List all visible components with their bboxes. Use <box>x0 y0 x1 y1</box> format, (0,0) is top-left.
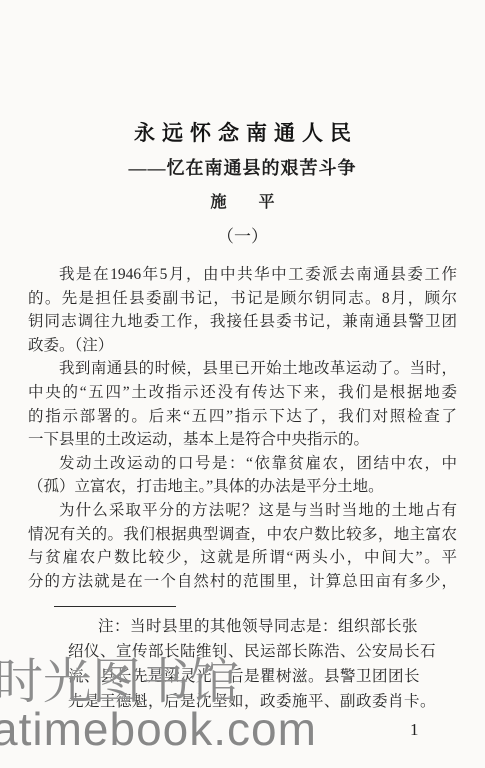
body-line: 政委。（注） <box>28 334 457 358</box>
watermark-latin: atimebook.com <box>0 706 317 752</box>
body-line: 一下县里的土改运动，基本上是符合中央指示的。 <box>28 428 457 452</box>
body-line: 情况有关的。我们根据典型调查，中农户数比较多，地主富农 <box>28 523 457 547</box>
footnote-separator <box>54 606 176 607</box>
footnote-line: 注：当时县里的其他领导同志是：组织部长张 <box>68 614 457 639</box>
body-line: 我到南通县的时候，县里已开始土地改革运动了。当时， <box>28 357 457 381</box>
body-line: （孤）立富农，打击地主。”具体的办法是平分土地。 <box>28 475 457 499</box>
body-line: 与贫雇农户数比较少，这就是所谓“两头小，中间大”。平 <box>28 546 457 570</box>
body-line: 为什么采取平分的方法呢？这是与当时当地的土地占有 <box>28 499 457 523</box>
paragraph: 发动土改运动的口号是：“依靠贫雇农，团结中农，中 （孤）立富农，打击地主。”具体… <box>28 452 457 499</box>
author-name: 施 平 <box>28 192 457 214</box>
page-number: 1 <box>410 720 419 740</box>
body-line: 的。先是担任县委副书记，书记是顾尔钥同志。8月，顾尔 <box>28 287 457 311</box>
body-line: 的指示部署的。后来“五四”指示下达了，我们对照检查了 <box>28 405 457 429</box>
body-line: 分的方法就是在一个自然村的范围里，计算总田亩有多少， <box>28 570 457 594</box>
body-line: 我是在1946年5月，由中共华中工委派去南通县委工作 <box>28 263 457 287</box>
body-line: 钥同志调往九地委工作，我接任县委书记，兼南通县警卫团 <box>28 310 457 334</box>
article-body: 我是在1946年5月，由中共华中工委派去南通县委工作 的。先是担任县委副书记，书… <box>28 263 457 593</box>
body-line: 中央的“五四”土改指示还没有传达下来，我们是根据地委 <box>28 381 457 405</box>
paragraph: 我到南通县的时候，县里已开始土地改革运动了。当时， 中央的“五四”土改指示还没有… <box>28 357 457 451</box>
paragraph: 我是在1946年5月，由中共华中工委派去南通县委工作 的。先是担任县委副书记，书… <box>28 263 457 357</box>
article-title: 永远怀念南通人民 <box>28 118 457 148</box>
text-column: 永远怀念南通人民 ——忆在南通县的艰苦斗争 施 平 （一） 我是在1946年5月… <box>28 118 457 714</box>
section-marker: （一） <box>28 225 457 249</box>
watermark-cjk: 时光图书馆 <box>0 658 239 707</box>
body-line: 发动土改运动的口号是：“依靠贫雇农，团结中农，中 <box>28 452 457 476</box>
paragraph: 为什么采取平分的方法呢？这是与当时当地的土地占有 情况有关的。我们根据典型调查，… <box>28 499 457 593</box>
scanned-book-page: 永远怀念南通人民 ——忆在南通县的艰苦斗争 施 平 （一） 我是在1946年5月… <box>0 0 485 768</box>
article-subtitle: ——忆在南通县的艰苦斗争 <box>28 156 457 180</box>
